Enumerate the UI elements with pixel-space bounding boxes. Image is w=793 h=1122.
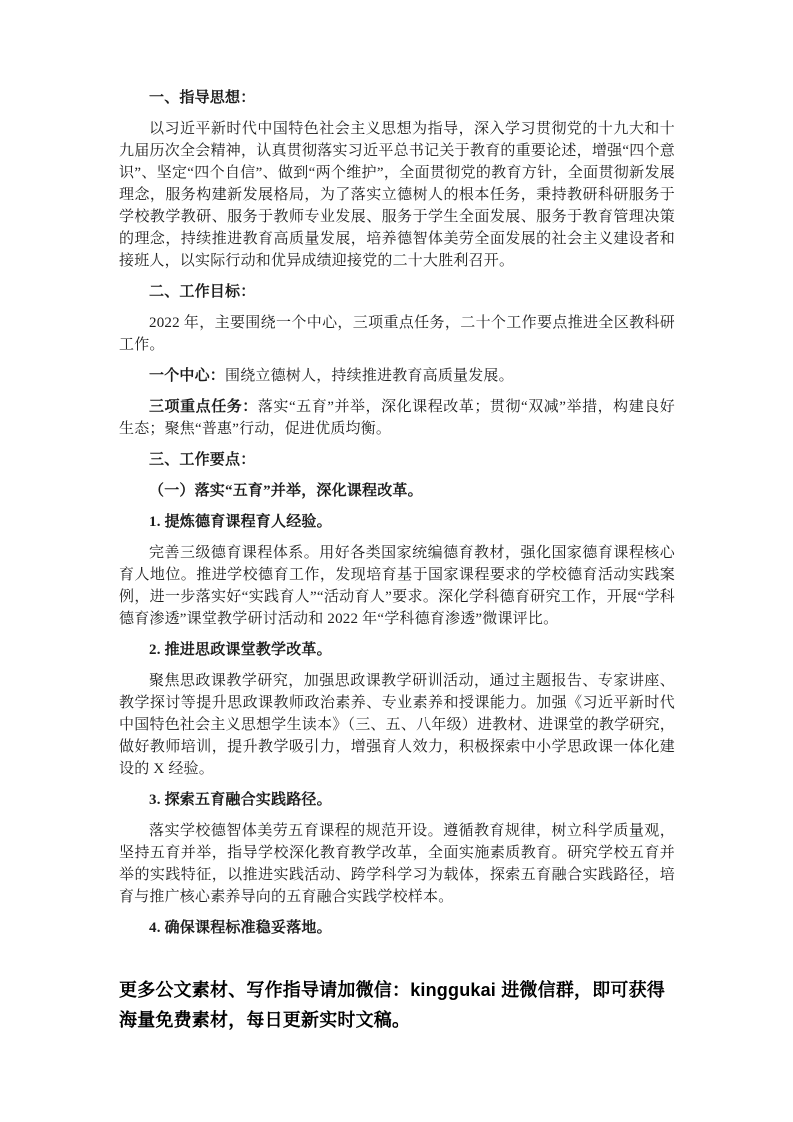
section-heading-3: 三、工作要点： <box>119 449 675 471</box>
lead-paragraph-three-tasks: 三项重点任务：落实“五育”并举，深化课程改革；贯彻“双减”举措，构建良好生态；聚… <box>119 396 675 440</box>
document-page: 一、指导思想：以习近平新时代中国特色社会主义思想为指导，深入学习贯彻党的十九大和… <box>0 0 793 1122</box>
lead-text: 三项重点任务： <box>149 399 258 415</box>
paragraph-work-goal: 2022 年，主要围绕一个中心，三项重点任务，二十个工作要点推进全区教科研工作。 <box>119 312 675 356</box>
paragraph-guiding-ideology: 以习近平新时代中国特色社会主义思想为指导，深入学习贯彻党的十九大和十九届历次全会… <box>119 118 675 272</box>
lead-text: 一个中心： <box>149 368 225 384</box>
paragraph-item-3: 落实学校德智体美劳五育课程的规范开设。遵循教育规律，树立科学质量观，坚持五育并举… <box>119 820 675 908</box>
item-heading-3: 3. 探索五育融合实践路径。 <box>119 789 675 811</box>
promo-text: 更多公文素材、写作指导请加微信：kinggukai 进微信群，即可获得海量免费素… <box>119 975 675 1035</box>
paragraph-item-2: 聚焦思政课教学研究，加强思政课教学研训活动，通过主题报告、专家讲座、教学探讨等提… <box>119 670 675 780</box>
item-heading-2: 2. 推进思政课堂教学改革。 <box>119 639 675 661</box>
sub-heading-1: （一）落实“五育”并举，深化课程改革。 <box>119 480 675 502</box>
lead-paragraph-one-center: 一个中心：围绕立德树人，持续推进教育高质量发展。 <box>119 365 675 387</box>
paragraph-item-1: 完善三级德育课程体系。用好各类国家统编德育教材，强化国家德育课程核心育人地位。推… <box>119 542 675 630</box>
section-heading-1: 一、指导思想： <box>119 87 675 109</box>
item-heading-1: 1. 提炼德育课程育人经验。 <box>119 511 675 533</box>
section-heading-2: 二、工作目标： <box>119 281 675 303</box>
document-body: 一、指导思想：以习近平新时代中国特色社会主义思想为指导，深入学习贯彻党的十九大和… <box>119 87 675 939</box>
promo-footer: 更多公文素材、写作指导请加微信：kinggukai 进微信群，即可获得海量免费素… <box>119 975 675 1035</box>
item-heading-4: 4. 确保课程标准稳妥落地。 <box>119 917 675 939</box>
